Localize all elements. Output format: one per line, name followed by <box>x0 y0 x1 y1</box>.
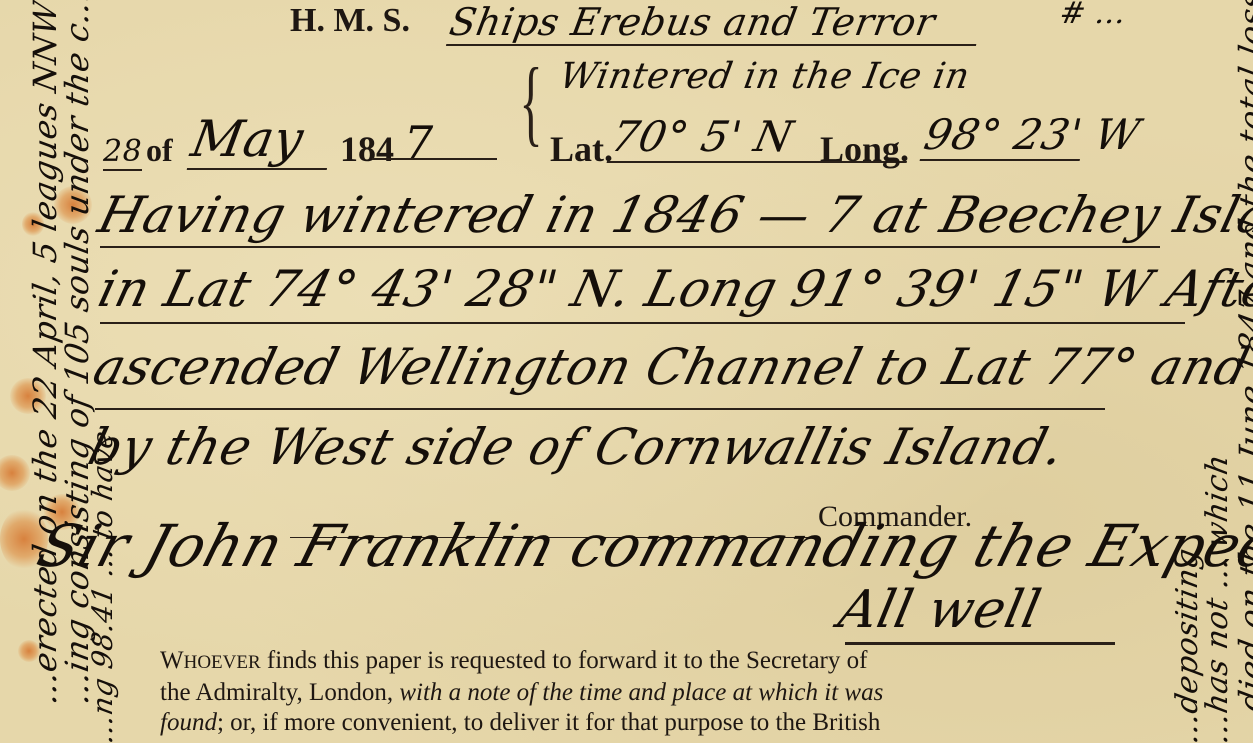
body-underline <box>100 246 1160 248</box>
date-of-label: of <box>146 132 173 169</box>
body-line-3: ascended Wellington Channel to Lat 77° a… <box>88 338 1253 396</box>
notice-line-3: found; or, if more convenient, to delive… <box>160 708 1110 738</box>
body-underline <box>95 408 1105 410</box>
date-year-printed: 184 <box>340 128 394 170</box>
notice-line-2: the Admiralty, London, with a note of th… <box>160 678 1110 708</box>
notice-line-3-roman: ; or, if more convenient, to deliver it … <box>217 709 880 736</box>
wintered-note: Wintered in the Ice in <box>556 56 972 97</box>
ship-names: Ships Erebus and Terror <box>446 0 984 46</box>
printed-notice: WHOEVER finds this paper is requested to… <box>160 646 1110 738</box>
date-day: 28 <box>103 134 142 171</box>
right-margin-note-3: ...died on the 11 June 1847 and the tota… <box>1232 0 1253 743</box>
body-line-2: in Lat 74° 43' 28" N. Long 91° 39' 15" W… <box>93 260 1253 318</box>
date-year-handwritten: 7 <box>404 116 434 170</box>
lat-label: Lat. <box>550 128 613 170</box>
notice-line-2-roman: the Admiralty, London, <box>160 679 399 706</box>
notice-line-1: WHOEVER finds this paper is requested to… <box>160 646 1110 678</box>
body-line-4: by the West side of Cornwallis Island. <box>83 418 1070 476</box>
notice-line-2-italic: with a note of the time and place at whi… <box>399 679 883 706</box>
top-margin-note: # ... <box>1057 0 1129 31</box>
notice-initial: W <box>160 647 184 674</box>
body-underline <box>100 322 1185 324</box>
all-well-underline <box>845 642 1115 645</box>
notice-line-1-text: finds this paper is requested to forward… <box>261 647 868 674</box>
franklin-signature: Sir John Franklin commanding the Expedit… <box>30 512 1253 580</box>
long-value: 98° 23' W <box>920 110 1091 161</box>
date-underline <box>372 158 497 160</box>
notice-smallcaps: HOEVER <box>184 652 261 673</box>
date-month: May <box>187 110 338 170</box>
long-label: Long. <box>820 128 909 170</box>
notice-line-3-italic: found <box>160 709 217 736</box>
brace-glyph: { <box>520 54 543 150</box>
left-margin-note-3: ...ng 98.41 ... to have <box>86 428 119 743</box>
all-well-status: All well <box>834 580 1047 640</box>
printed-hms-label: H. M. S. <box>290 2 410 40</box>
body-line-1: Having wintered in 1846 — 7 at Beechey I… <box>93 186 1253 244</box>
right-margin-note-2: ...has not ... which <box>1200 451 1235 743</box>
